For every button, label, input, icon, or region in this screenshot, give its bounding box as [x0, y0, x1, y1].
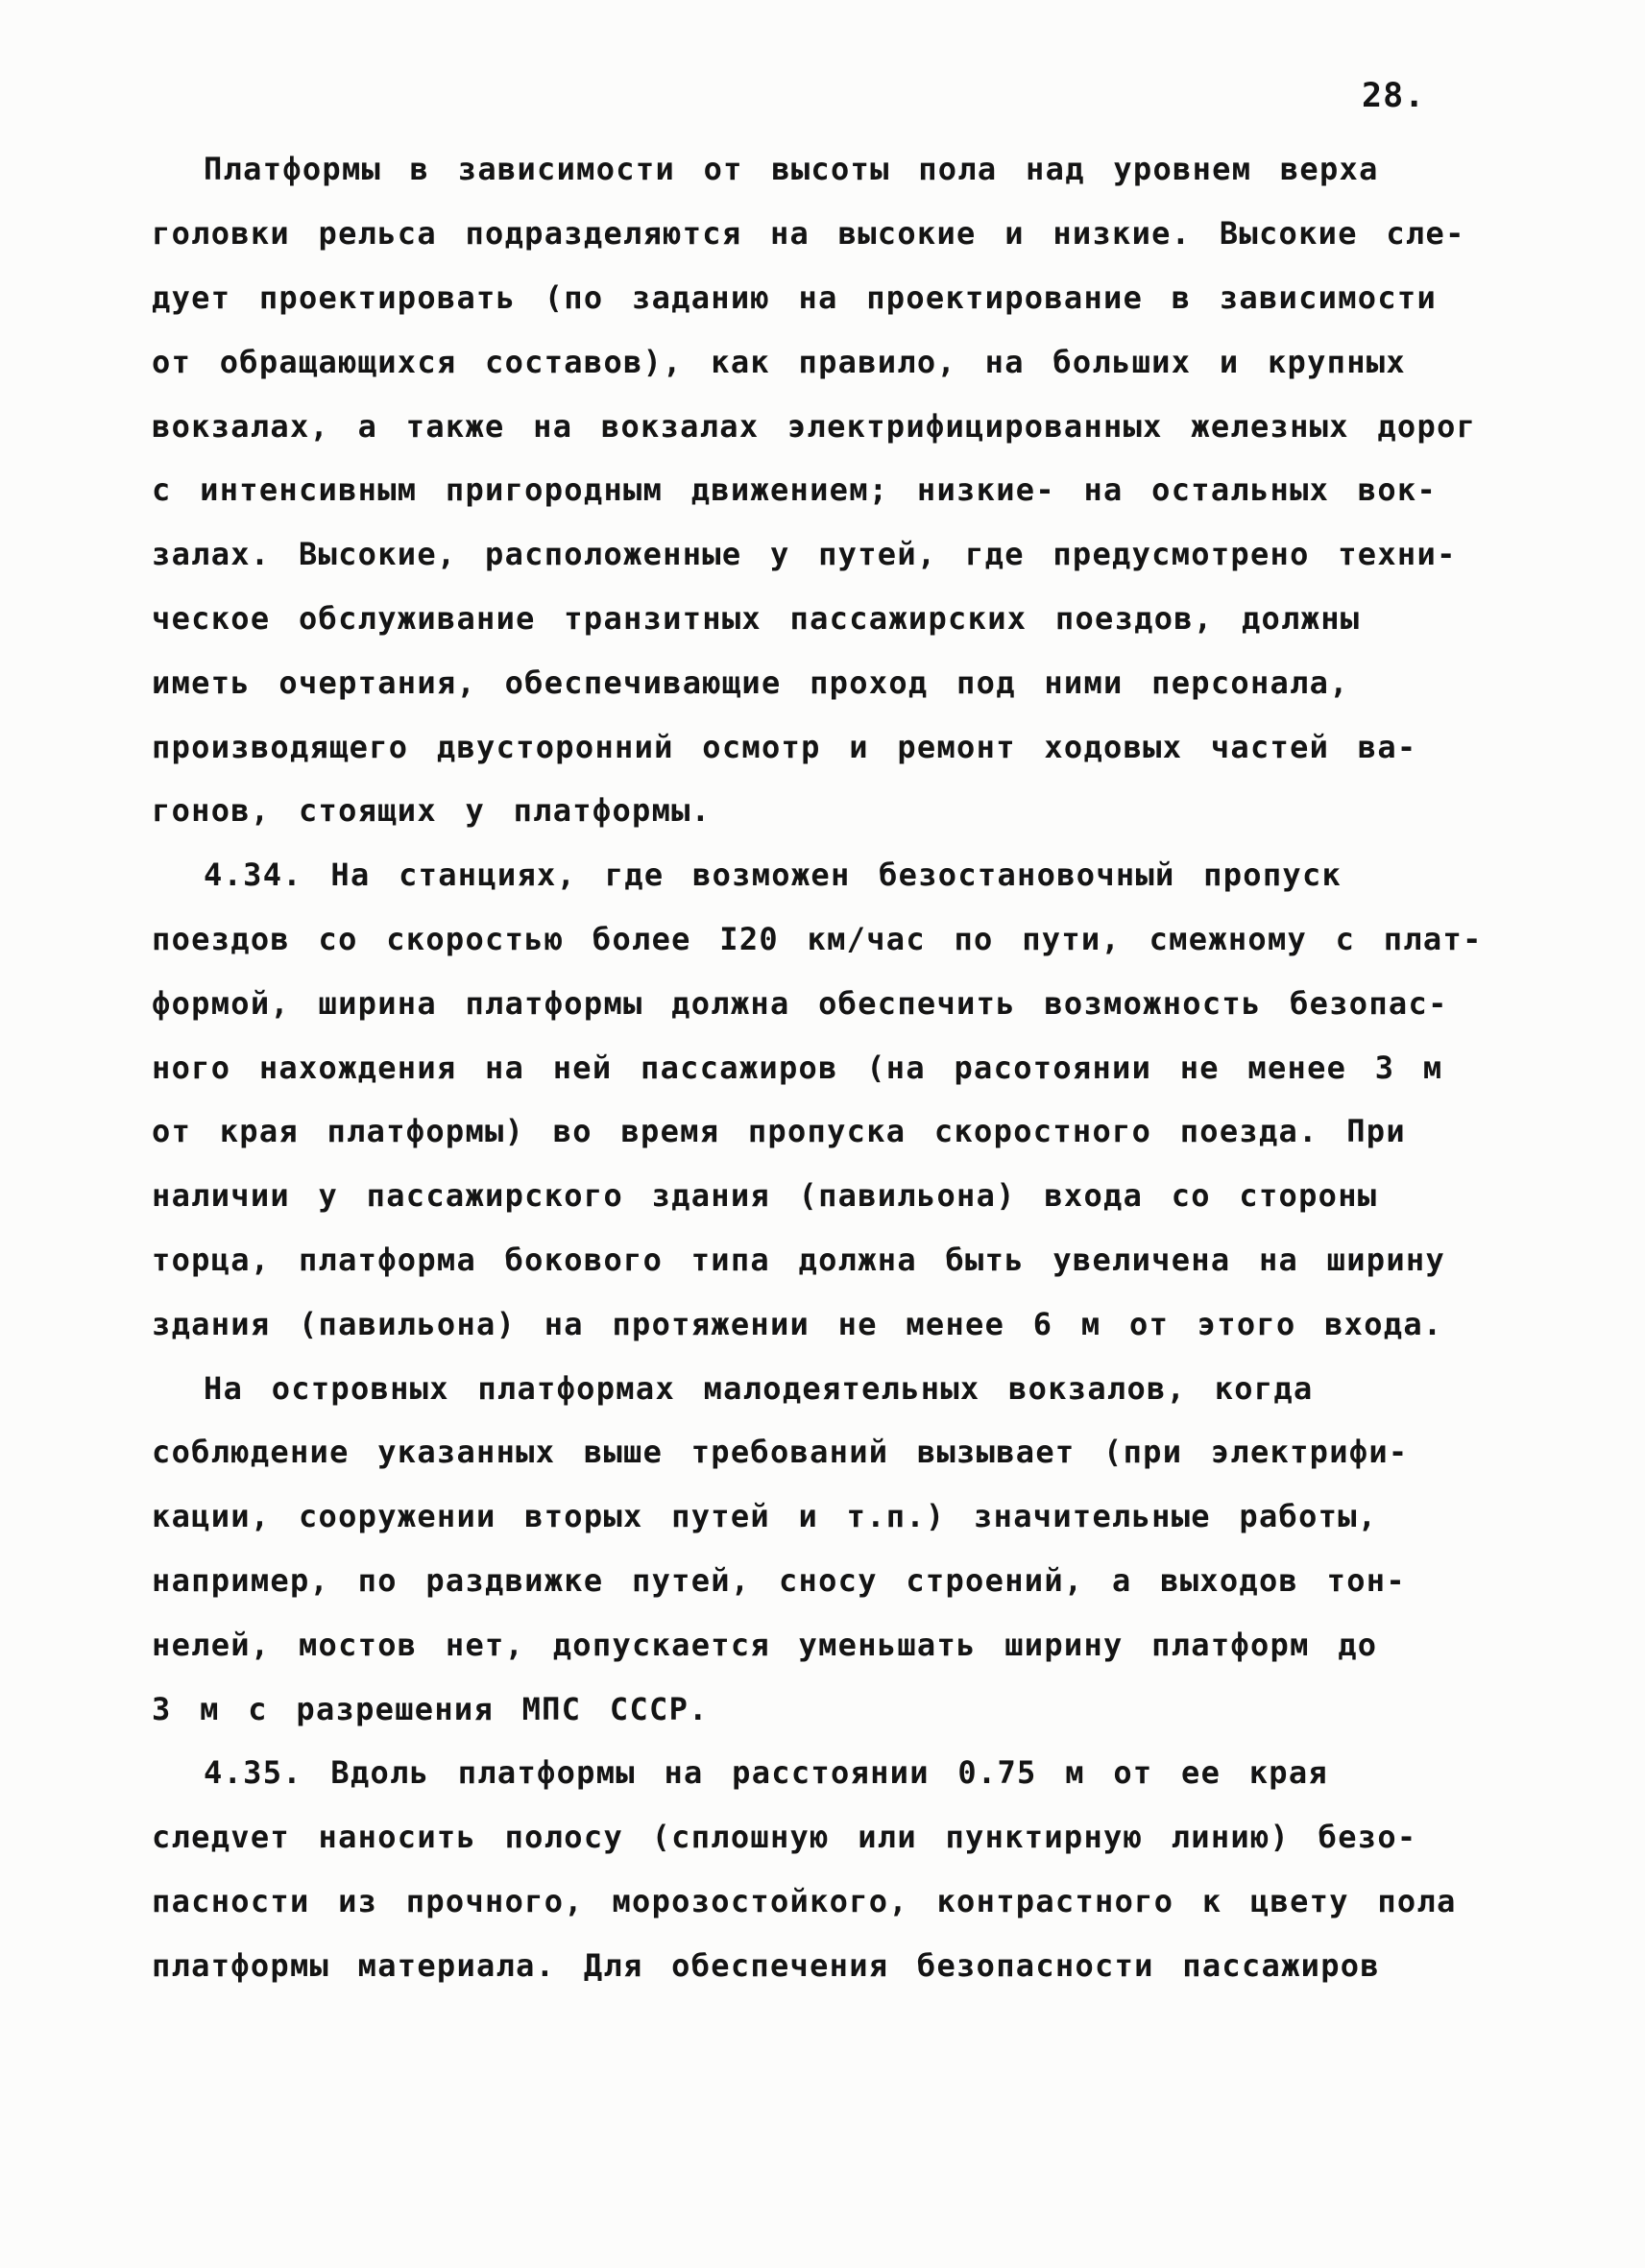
text-line: соблюдение указанных выше требований выз…	[152, 1420, 1544, 1484]
text-line: 4.35. Вдоль платформы на расстоянии 0.75…	[152, 1741, 1544, 1805]
text-line: 4.34. На станциях, где возможен безостан…	[152, 843, 1544, 907]
text-line: производящего двусторонний осмотр и ремо…	[152, 714, 1544, 779]
text-line: вокзалах, а также на вокзалах электрифиц…	[152, 394, 1544, 458]
text-line: следvет наносить полосу (сплошную или пу…	[152, 1805, 1544, 1870]
text-line: поездов со скоростью более I20 км/час по…	[152, 907, 1544, 972]
text-line: от края платформы) во время пропуска ско…	[152, 1099, 1544, 1164]
text-line: формой, ширина платформы должна обеспечи…	[152, 971, 1544, 1035]
text-line: нелей, мостов нет, допускается уменьшать…	[152, 1612, 1544, 1677]
text-line: головки рельса подразделяются на высокие…	[152, 202, 1544, 266]
scanned-document-page: 28. Платформы в зависимости от высоты по…	[0, 0, 1645, 2268]
text-line: например, по раздвижке путей, сносу стро…	[152, 1549, 1544, 1613]
document-text-block: Платформы в зависимости от высоты пола н…	[152, 137, 1544, 1997]
text-line: пасности из прочного, морозостойкого, ко…	[152, 1870, 1544, 1934]
text-line: от обращающихся составов), как правило, …	[152, 329, 1544, 394]
text-line: платформы материала. Для обеспечения без…	[152, 1933, 1544, 1997]
text-line: 3 м с разрешения МПС СССР.	[152, 1677, 1544, 1741]
text-line: ческое обслуживание транзитных пассажирс…	[152, 587, 1544, 651]
text-line: наличии у пассажирского здания (павильон…	[152, 1164, 1544, 1228]
text-line: гонов, стоящих у платформы.	[152, 779, 1544, 843]
text-line: торца, платформа бокового типа должна бы…	[152, 1228, 1544, 1292]
text-line: иметь очертания, обеспечивающие проход п…	[152, 650, 1544, 714]
text-line: кации, сооружении вторых путей и т.п.) з…	[152, 1484, 1544, 1549]
page-number: 28.	[1362, 77, 1425, 115]
text-line: здания (павильона) на протяжении не мене…	[152, 1291, 1544, 1356]
text-line: залах. Высокие, расположенные у путей, г…	[152, 522, 1544, 587]
text-line: с интенсивным пригородным движением; низ…	[152, 458, 1544, 522]
text-line: дует проектировать (по заданию на проект…	[152, 266, 1544, 330]
text-line: На островных платформах малодеятельных в…	[152, 1356, 1544, 1420]
text-line: ного нахождения на ней пассажиров (на ра…	[152, 1035, 1544, 1099]
text-line: Платформы в зависимости от высоты пола н…	[152, 137, 1544, 202]
